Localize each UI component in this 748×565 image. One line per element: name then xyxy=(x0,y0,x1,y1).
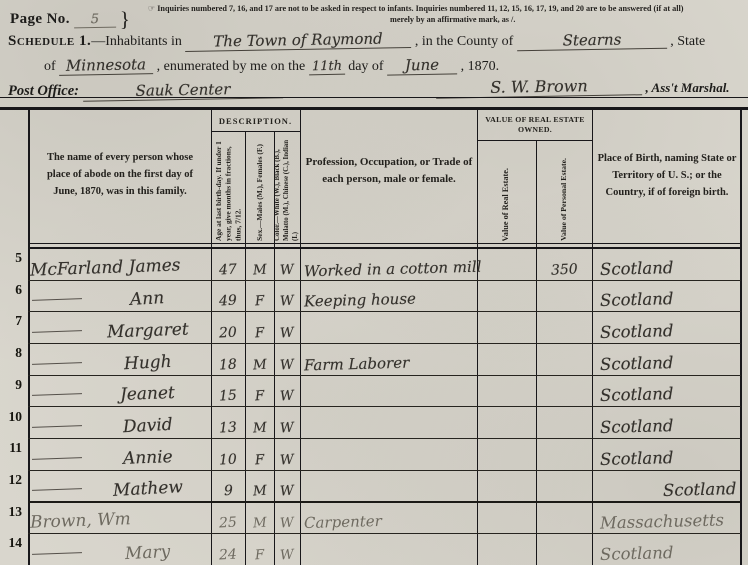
person-name: McFarland James xyxy=(30,255,181,280)
age-value: 25 xyxy=(219,515,238,532)
table-row: 13 Brown, Wm 25 M W Carpenter Massachuse… xyxy=(28,503,741,535)
name-cell: Mathew xyxy=(30,471,209,501)
ditto-mark xyxy=(32,362,82,365)
year-label: , 1870. xyxy=(461,59,500,74)
sex-cell: F xyxy=(246,534,273,565)
brace-glyph: } xyxy=(120,7,130,31)
person-name: Mathew xyxy=(112,477,183,501)
town-value: The Town of Raymond xyxy=(185,29,411,52)
ditto-mark xyxy=(32,330,82,333)
color-cell: W xyxy=(275,471,299,501)
table-row: 12 Mathew 9 M W Scotland xyxy=(28,471,741,503)
personal-estate-cell xyxy=(537,503,591,534)
row-number: 6 xyxy=(1,282,22,298)
real-estate-cell xyxy=(478,344,535,375)
day-value: 11th xyxy=(309,59,345,76)
table-row: 5 McFarland James 47 M W Worked in a cot… xyxy=(28,249,741,281)
name-column-header: The name of every person whose place of … xyxy=(34,150,206,200)
age-cell: 13 xyxy=(212,408,244,439)
age-cell: 24 xyxy=(212,534,244,565)
personal-estate-cell xyxy=(537,471,591,501)
sex-value: M xyxy=(252,482,267,499)
page-no-label: Page No. xyxy=(10,11,70,27)
table-row: 11 Annie 10 F W Scotland xyxy=(28,439,741,471)
enumerated-label: , enumerated by me on the xyxy=(157,59,306,74)
row-number: 10 xyxy=(1,409,22,425)
birthplace-value: Scotland xyxy=(600,416,674,437)
county-value: Stearns xyxy=(517,30,667,52)
name-cell: Margaret xyxy=(30,312,209,343)
birthplace-cell: Scotland xyxy=(593,439,739,470)
name-cell: Mary xyxy=(30,534,209,565)
real-estate-cell xyxy=(478,471,535,501)
personal-estate-cell xyxy=(537,376,591,407)
sex-column-header: Sex.—Males (M.), Females (F.) xyxy=(245,133,274,241)
color-value: W xyxy=(280,388,295,405)
color-value: W xyxy=(280,325,295,342)
top-thin-rule xyxy=(0,97,748,98)
person-name: Hugh xyxy=(123,352,172,374)
row-number: 11 xyxy=(1,440,22,456)
color-cell: W xyxy=(275,312,299,343)
day-of-label: day of xyxy=(348,59,383,74)
occupation-value: Farm Laborer xyxy=(304,353,410,374)
birthplace-value: Scotland xyxy=(600,353,674,374)
color-value: W xyxy=(280,547,295,564)
sex-value: M xyxy=(252,356,267,373)
sex-value: F xyxy=(254,293,264,310)
birthplace-cell: Massachusetts xyxy=(593,503,739,534)
sex-value: F xyxy=(254,547,264,564)
value-banner-rule xyxy=(477,140,593,141)
state-value: Minnesota xyxy=(59,55,153,76)
name-cell: Jeanet xyxy=(30,376,209,407)
post-office-value: Sauk Center xyxy=(82,79,282,101)
color-value: W xyxy=(280,515,295,532)
color-cell: W xyxy=(275,534,299,565)
age-cell: 47 xyxy=(212,249,244,280)
page-no-value: 5 xyxy=(74,12,116,29)
person-name: Jeanet xyxy=(120,384,176,406)
color-column-header-text: Color.—White (W.), Black (B.), Mulatto (… xyxy=(274,133,300,241)
table-rows: 5 McFarland James 47 M W Worked in a cot… xyxy=(28,249,741,565)
value-group-header: Value of Real Estate Owned. xyxy=(478,111,592,139)
table-row: 8 Hugh 18 M W Farm Laborer Scotland xyxy=(28,344,741,376)
person-name: Ann xyxy=(130,288,165,310)
birthplace-cell: Scotland xyxy=(593,534,739,565)
birthplace-value: Scotland xyxy=(600,543,674,564)
personal-estate-cell xyxy=(537,534,591,565)
top-heavy-rule xyxy=(0,107,748,110)
occupation-value: Carpenter xyxy=(304,512,382,532)
color-value: W xyxy=(280,356,295,373)
sex-cell: M xyxy=(246,471,273,501)
birthplace-cell: Scotland xyxy=(593,281,739,312)
age-value: 13 xyxy=(219,420,238,437)
sex-value: F xyxy=(254,452,264,469)
ditto-mark xyxy=(32,394,82,397)
signature-block: S. W. Brown , Ass't Marshal. xyxy=(436,77,730,97)
schedule-line-2: of Minnesota , enumerated by me on the 1… xyxy=(44,56,499,75)
table-row: 14 Mary 24 F W Scotland xyxy=(28,534,741,565)
sex-value: F xyxy=(254,388,264,405)
table-row: 9 Jeanet 15 F W Scotland xyxy=(28,376,741,408)
name-cell: Brown, Wm xyxy=(30,503,209,534)
row-number: 7 xyxy=(1,313,22,329)
instructions-fine-print: ☞ Inquiries numbered 7, 16, and 17 are n… xyxy=(148,4,746,25)
person-name: David xyxy=(122,415,173,438)
sex-cell: F xyxy=(246,439,273,470)
color-value: W xyxy=(280,420,295,437)
occupation-value: Worked in a cotton mill xyxy=(304,257,482,280)
age-column-header-text: Age at last birth-day. If under 1 year, … xyxy=(214,133,243,241)
personal-estate-cell xyxy=(537,408,591,439)
month-value: June xyxy=(387,55,457,75)
county-label: , in the County of xyxy=(415,34,513,49)
occupation-cell: Worked in a cotton mill xyxy=(301,249,476,280)
color-cell: W xyxy=(275,503,299,534)
fine-print-line1-text: Inquiries numbered 7, 16, and 17 are not… xyxy=(157,4,683,13)
birthplace-value: Scotland xyxy=(600,289,674,310)
real-estate-column-header-text: Value of Real Estate. xyxy=(501,168,512,241)
marshal-signature: S. W. Brown xyxy=(436,75,642,99)
birthplace-value: Scotland xyxy=(600,385,674,406)
inhabitants-label: —Inhabitants in xyxy=(91,34,182,49)
age-value: 18 xyxy=(219,356,238,373)
real-estate-cell xyxy=(478,439,535,470)
sex-value: M xyxy=(252,515,267,532)
real-estate-column-header: Value of Real Estate. xyxy=(477,142,536,241)
sex-value: F xyxy=(254,325,264,342)
personal-estate-column-header-text: Value of Personal Estate. xyxy=(559,158,569,241)
census-page-scan: Page No. 5 } ☞ Inquiries numbered 7, 16,… xyxy=(0,0,748,565)
sex-column-header-text: Sex.—Males (M.), Females (F.) xyxy=(255,144,265,241)
pointing-hand-icon: ☞ xyxy=(148,4,155,13)
occupation-cell: Carpenter xyxy=(301,503,476,534)
real-estate-cell xyxy=(478,249,535,280)
age-cell: 25 xyxy=(212,503,244,534)
occupation-cell xyxy=(301,408,476,439)
name-cell: McFarland James xyxy=(30,249,209,280)
ditto-mark xyxy=(32,552,82,555)
occupation-cell xyxy=(301,376,476,407)
birthplace-cell: Scotland xyxy=(593,312,739,343)
age-value: 47 xyxy=(219,261,238,278)
birthplace-value: Scotland xyxy=(663,479,737,500)
real-estate-cell xyxy=(478,376,535,407)
age-cell: 20 xyxy=(212,312,244,343)
occupation-cell: Farm Laborer xyxy=(301,344,476,375)
occupation-cell: Keeping house xyxy=(301,281,476,312)
color-cell: W xyxy=(275,281,299,312)
color-column-header: Color.—White (W.), Black (B.), Mulatto (… xyxy=(274,133,300,241)
real-estate-cell xyxy=(478,312,535,343)
sex-cell: M xyxy=(246,249,273,280)
real-estate-cell xyxy=(478,534,535,565)
age-value: 49 xyxy=(219,293,238,310)
occupation-value: Keeping house xyxy=(304,290,416,311)
age-value: 10 xyxy=(219,451,238,468)
row-number: 5 xyxy=(1,250,22,266)
birthplace-value: Scotland xyxy=(600,321,674,342)
name-cell: Annie xyxy=(30,439,209,470)
row-number: 14 xyxy=(1,535,22,551)
birthplace-column-header: Place of Birth, naming State or Territor… xyxy=(597,151,737,201)
color-value: W xyxy=(280,261,295,278)
occupation-cell xyxy=(301,471,476,501)
ditto-mark xyxy=(32,457,82,460)
name-cell: Hugh xyxy=(30,344,209,375)
row-number: 12 xyxy=(1,472,22,488)
birthplace-value: Scotland xyxy=(600,448,674,469)
birthplace-cell: Scotland xyxy=(593,249,739,280)
personal-estate-column-header: Value of Personal Estate. xyxy=(536,142,592,241)
sex-cell: M xyxy=(246,503,273,534)
age-cell: 9 xyxy=(212,471,244,501)
person-name: Mary xyxy=(124,542,170,564)
birthplace-cell: Scotland xyxy=(593,376,739,407)
real-estate-cell xyxy=(478,408,535,439)
age-value: 9 xyxy=(223,482,233,498)
page-number-row: Page No. 5 } xyxy=(10,7,130,32)
age-value: 24 xyxy=(219,547,238,564)
color-value: W xyxy=(280,482,295,499)
personal-estate-cell xyxy=(537,344,591,375)
marshal-label: , Ass't Marshal. xyxy=(646,80,730,95)
age-cell: 10 xyxy=(212,439,244,470)
occupation-cell xyxy=(301,534,476,565)
real-estate-cell xyxy=(478,503,535,534)
ditto-mark xyxy=(32,488,82,491)
person-name: Annie xyxy=(122,447,172,469)
person-name: Brown, Wm xyxy=(30,510,131,534)
schedule-line-1: Schedule 1.—Inhabitants in The Town of R… xyxy=(8,31,748,50)
fine-print-line1: ☞ Inquiries numbered 7, 16, and 17 are n… xyxy=(148,4,746,15)
of-label: of xyxy=(44,59,56,74)
table-row: 10 David 13 M W Scotland xyxy=(28,408,741,440)
birthplace-cell: Scotland xyxy=(593,408,739,439)
name-cell: Ann xyxy=(30,281,209,312)
sex-cell: F xyxy=(246,281,273,312)
person-name: Margaret xyxy=(106,320,188,343)
row-number: 8 xyxy=(1,345,22,361)
description-group-header: Description. xyxy=(211,112,300,130)
profession-column-header: Profession, Occupation, or Trade of each… xyxy=(305,154,473,188)
row-number: 9 xyxy=(1,377,22,393)
personal-estate-cell xyxy=(537,281,591,312)
ditto-mark xyxy=(32,425,82,428)
sex-cell: F xyxy=(246,312,273,343)
color-cell: W xyxy=(275,408,299,439)
color-cell: W xyxy=(275,249,299,280)
schedule-label: Schedule 1. xyxy=(8,33,91,49)
header-bottom-rule-1 xyxy=(28,243,741,244)
age-value: 20 xyxy=(219,325,238,342)
birthplace-value: Massachusetts xyxy=(600,511,724,533)
sex-cell: M xyxy=(246,408,273,439)
fine-print-line2: merely by an affirmative mark, as /. xyxy=(390,15,746,26)
ditto-mark xyxy=(32,299,82,302)
row-number: 13 xyxy=(1,504,22,520)
age-cell: 49 xyxy=(212,281,244,312)
sex-cell: F xyxy=(246,376,273,407)
age-value: 15 xyxy=(219,388,238,405)
color-cell: W xyxy=(275,376,299,407)
occupation-cell xyxy=(301,439,476,470)
table-row: 6 Ann 49 F W Keeping house Scotland xyxy=(28,281,741,313)
sex-value: M xyxy=(252,261,267,278)
color-cell: W xyxy=(275,344,299,375)
occupation-cell xyxy=(301,312,476,343)
color-value: W xyxy=(280,451,295,468)
birthplace-value: Scotland xyxy=(600,258,674,279)
personal-estate-cell: 350 xyxy=(537,249,591,280)
sex-value: M xyxy=(252,420,267,437)
state-suffix-label: , State xyxy=(670,34,705,49)
birthplace-cell: Scotland xyxy=(593,471,739,501)
name-cell: David xyxy=(30,408,209,439)
age-column-header: Age at last birth-day. If under 1 year, … xyxy=(211,133,245,241)
description-banner-rule xyxy=(211,131,301,132)
sex-cell: M xyxy=(246,344,273,375)
age-cell: 15 xyxy=(212,376,244,407)
personal-estate-cell xyxy=(537,439,591,470)
birthplace-cell: Scotland xyxy=(593,344,739,375)
color-cell: W xyxy=(275,439,299,470)
table-row: 7 Margaret 20 F W Scotland xyxy=(28,312,741,344)
real-estate-cell xyxy=(478,281,535,312)
personal-estate-value: 350 xyxy=(550,261,578,278)
personal-estate-cell xyxy=(537,312,591,343)
color-value: W xyxy=(280,293,295,310)
age-cell: 18 xyxy=(212,344,244,375)
